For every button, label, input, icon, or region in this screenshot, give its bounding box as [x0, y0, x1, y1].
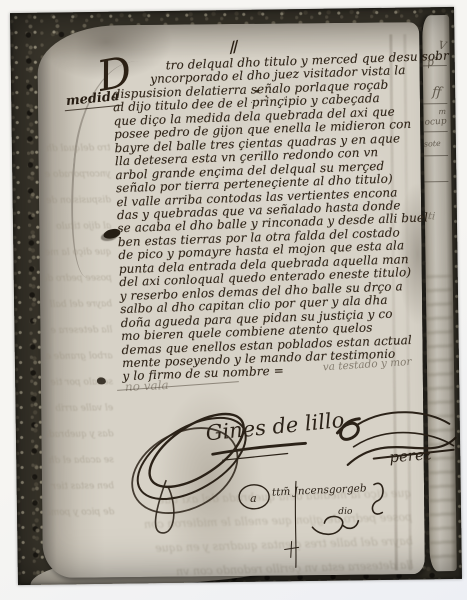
manuscript-text-block: tro delqual dho titulo y merced que desu… [112, 50, 437, 384]
page-edge-fragment: ff [432, 85, 442, 100]
showthrough-line: arbol grande e [47, 343, 113, 370]
signatures-block: Gines de lillo perez a ttm̃ Jncensgorgeb… [37, 380, 459, 584]
photo-print: V p° ff m ocup sote ti tro delqual dhync… [10, 7, 462, 585]
manuscript-page: tro delqual dhyncorporado eldispusision … [37, 22, 425, 578]
photograph-of-manuscript-page: V p° ff m ocup sote ti tro delqual dhync… [0, 0, 467, 600]
showthrough-line: bayre del ball [46, 291, 112, 318]
showthrough-line: lla detesera e [46, 317, 112, 344]
page-edge-fragment: m [438, 107, 446, 116]
notary-name: ttm̃ Jncensgorgeb [272, 482, 367, 498]
folio-mark: // [228, 37, 239, 56]
notary-circled-letter: a [250, 492, 257, 505]
notary-sub: dio [338, 507, 353, 517]
